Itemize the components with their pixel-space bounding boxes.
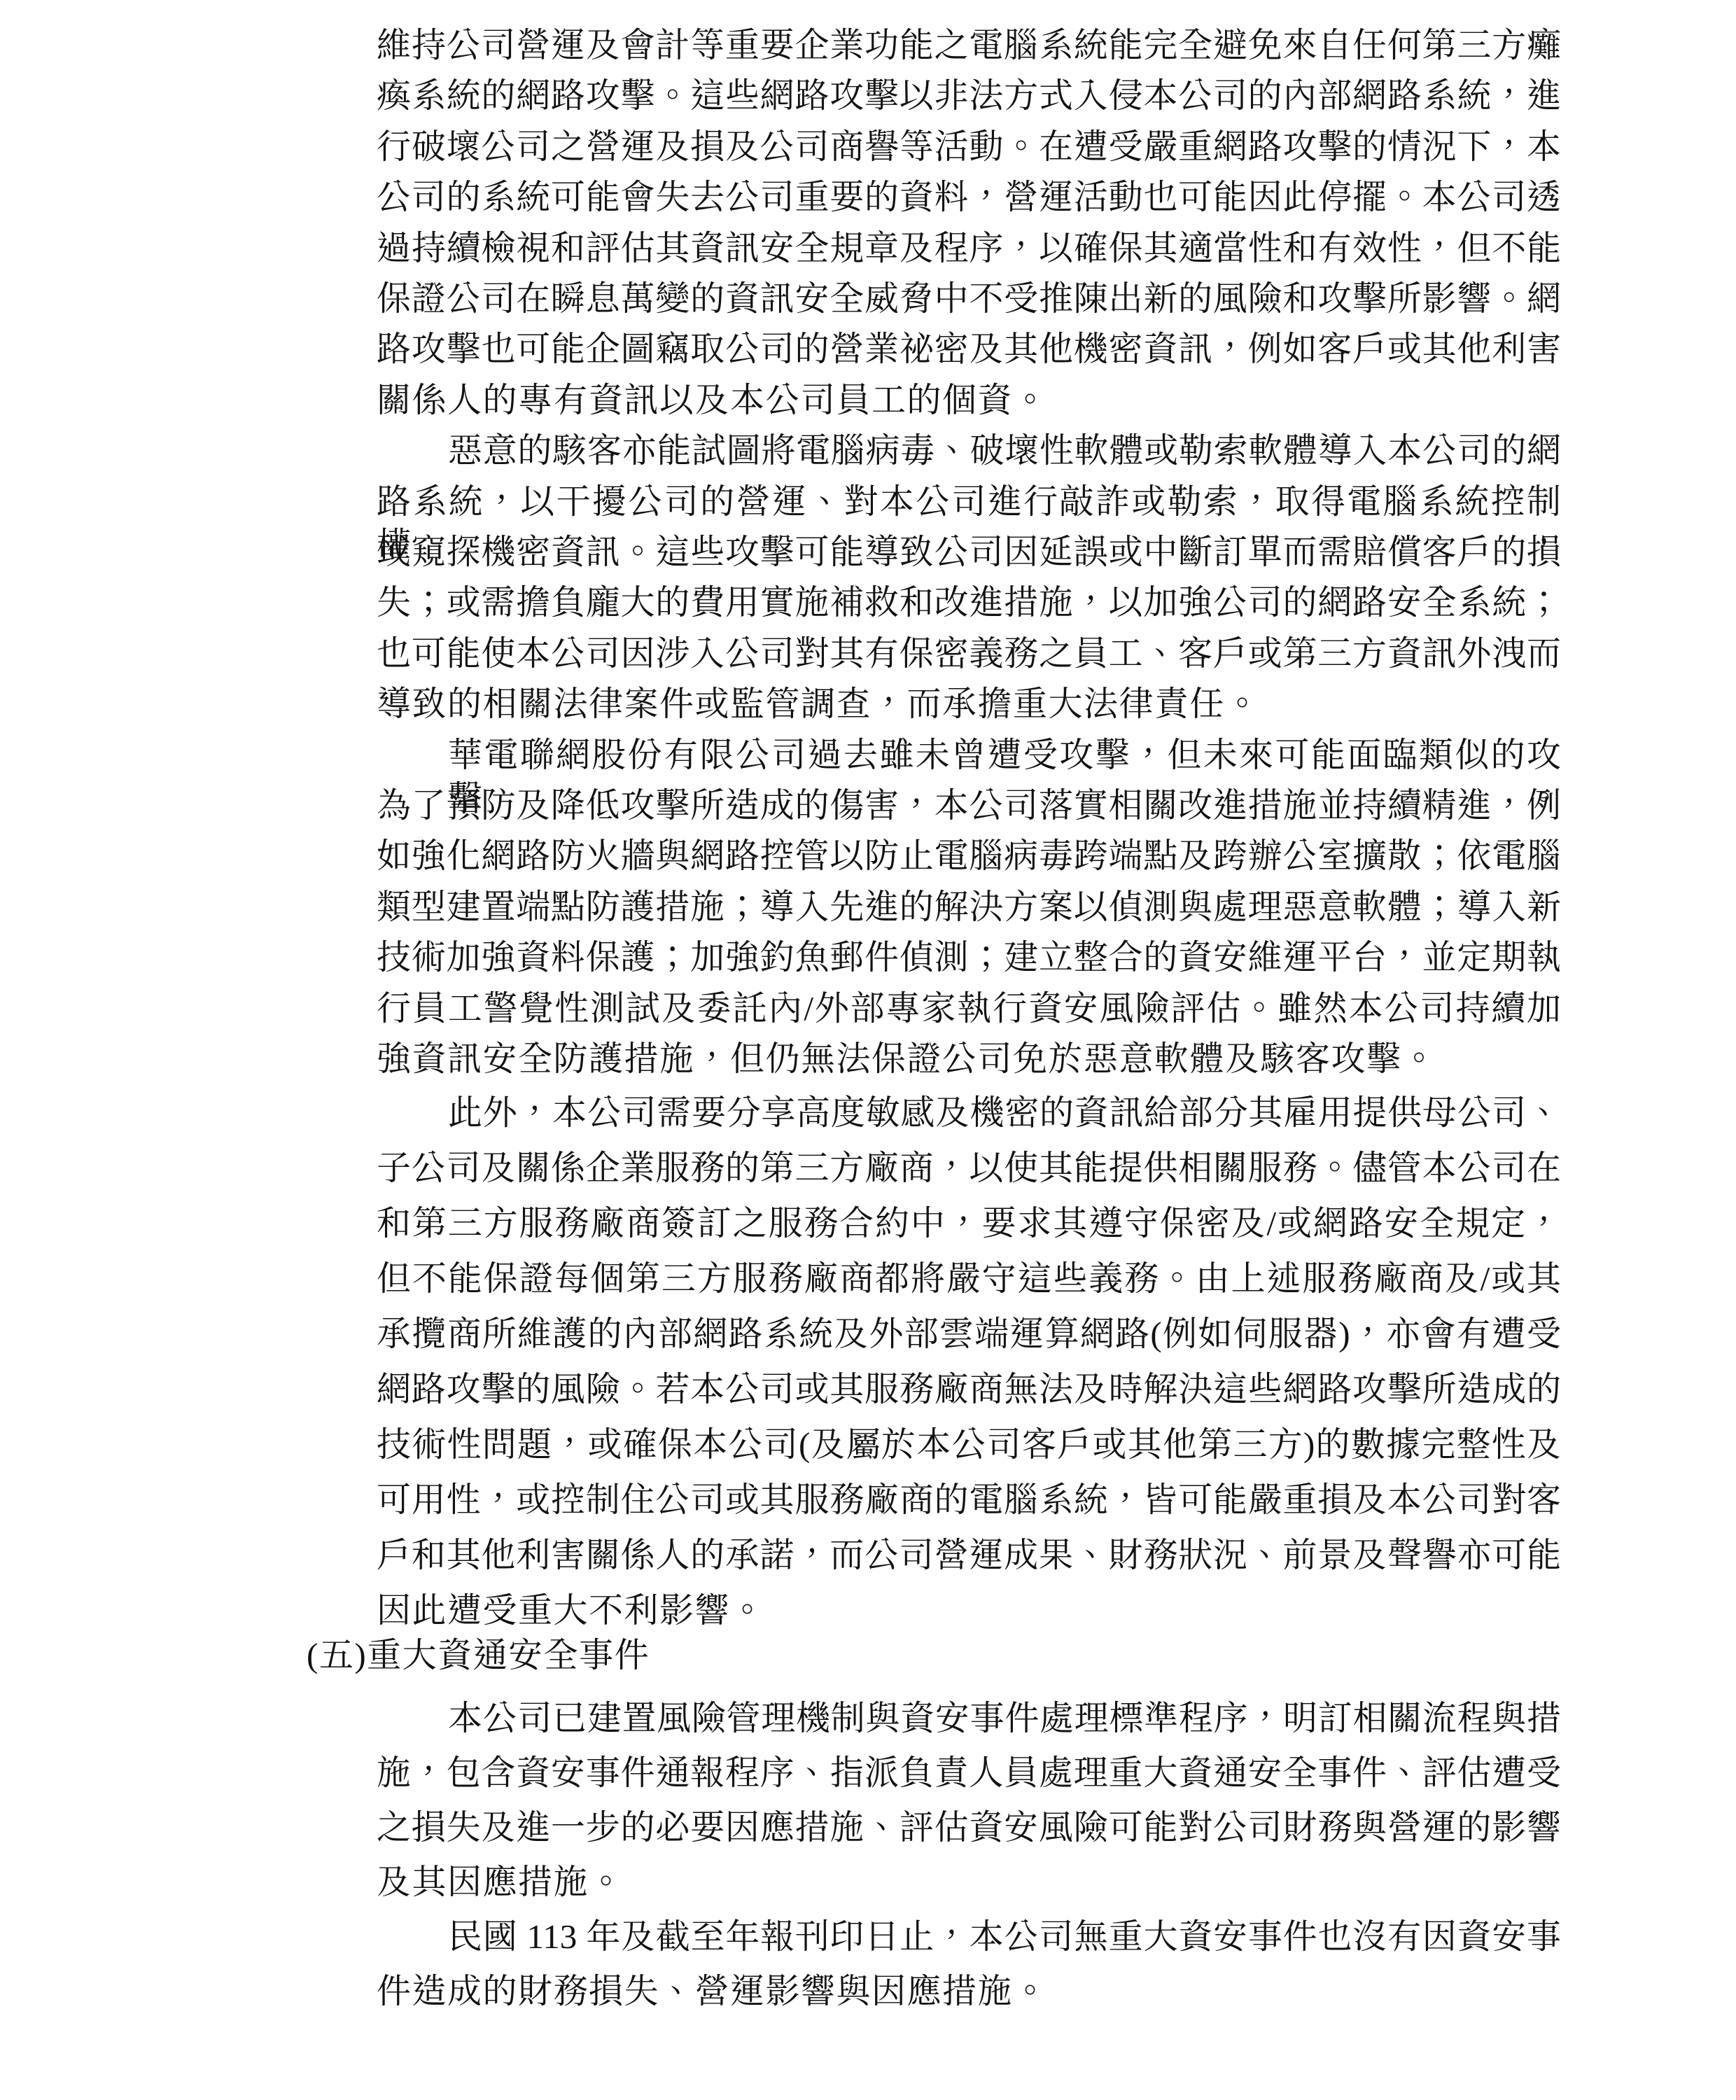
- text-line-23: 子公司及關係企業服務的第三方廠商，以使其能提供相關服務。儘管本公司在: [377, 1147, 1561, 1190]
- text-line-15: 華電聯網股份有限公司過去雖未曾遭受攻擊，但未來可能面臨類似的攻擊。: [448, 734, 1561, 777]
- text-line-33: 本公司已建置風險管理機制與資安事件處理標準程序，明訂相關流程與措: [448, 1697, 1561, 1740]
- text-line-24: 和第三方服務廠商簽訂之服務合約中，要求其遵守保密及/或網路安全規定，: [377, 1202, 1561, 1245]
- text-line-11: 或窺探機密資訊。這些攻擊可能導致公司因延誤或中斷訂單而需賠償客戶的損: [377, 531, 1561, 574]
- text-line-27: 網路攻擊的風險。若本公司或其服務廠商無法及時解決這些網路攻擊所造成的: [377, 1368, 1561, 1411]
- text-line-34: 施，包含資安事件通報程序、指派負責人員處理重大資通安全事件、評估遭受: [377, 1751, 1561, 1795]
- text-line-3: 行破壞公司之營運及損及公司商譽等活動。在遭受嚴重網路攻擊的情況下，本: [377, 125, 1561, 169]
- text-line-13: 也可能使本公司因涉入公司對其有保密義務之員工、客戶或第三方資訊外洩而: [377, 632, 1561, 675]
- text-line-35: 之損失及進一步的必要因應措施、評估資安風險可能對公司財務與營運的影響: [377, 1806, 1561, 1849]
- text-line-2: 瘓系統的網路攻擊。這些網路攻擊以非法方式入侵本公司的內部網路系統，進: [377, 74, 1561, 118]
- text-line-37: 民國 113 年及截至年報刊印日止，本公司無重大資安事件也沒有因資安事: [448, 1915, 1561, 1959]
- text-line-30: 戶和其他利害關係人的承諾，而公司營運成果、財務狀況、前景及聲譽亦可能: [377, 1534, 1561, 1577]
- text-line-18: 類型建置端點防護措施；導入先進的解決方案以偵測與處理惡意軟體；導入新: [377, 885, 1561, 929]
- text-line-14: 導致的相關法律案件或監管調查，而承擔重大法律責任。: [377, 682, 1261, 726]
- text-line-5: 過持續檢視和評估其資訊安全規章及程序，以確保其適當性和有效性，但不能: [377, 227, 1561, 270]
- text-line-25: 但不能保證每個第三方服務廠商都將嚴守這些義務。由上述服務廠商及/或其: [377, 1257, 1561, 1301]
- text-line-12: 失；或需擔負龐大的費用實施補救和改進措施，以加強公司的網路安全系統；: [377, 581, 1561, 624]
- text-line-4: 公司的系統可能會失去公司重要的資料，營運活動也可能因此停擺。本公司透: [377, 176, 1561, 219]
- text-line-32: (五)重大資通安全事件: [307, 1634, 650, 1677]
- text-line-16: 為了預防及降低攻擊所造成的傷害，本公司落實相關改進措施並持續精進，例: [377, 784, 1561, 827]
- text-line-7: 路攻擊也可能企圖竊取公司的營業祕密及其他機密資訊，例如客戶或其他利害: [377, 328, 1561, 371]
- document-page: 維持公司營運及會計等重要企業功能之電腦系統能完全避免來自任何第三方癱瘓系統的網路…: [0, 0, 1736, 2100]
- text-line-9: 惡意的駭客亦能試圖將電腦病毒、破壞性軟體或勒索軟體導入本公司的網: [448, 429, 1561, 472]
- text-line-36: 及其因應措施。: [377, 1861, 624, 1904]
- text-line-31: 因此遭受重大不利影響。: [377, 1589, 766, 1632]
- text-line-8: 關係人的專有資訊以及本公司員工的個資。: [377, 379, 1049, 422]
- text-line-38: 件造成的財務損失、營運影響與因應措施。: [377, 1970, 1049, 2013]
- text-line-20: 行員工警覺性測試及委託內/外部專家執行資安風險評估。雖然本公司持續加: [377, 987, 1561, 1030]
- text-line-6: 保證公司在瞬息萬變的資訊安全威脅中不受推陳出新的風險和攻擊所影響。網: [377, 277, 1561, 321]
- text-line-26: 承攬商所維護的內部網路系統及外部雲端運算網路(例如伺服器)，亦會有遭受: [377, 1312, 1561, 1356]
- text-line-22: 此外，本公司需要分享高度敏感及機密的資訊給部分其雇用提供母公司、: [448, 1091, 1561, 1135]
- text-line-17: 如強化網路防火牆與網路控管以防止電腦病毒跨端點及跨辦公室擴散；依電腦: [377, 834, 1561, 878]
- text-line-28: 技術性問題，或確保本公司(及屬於本公司客戶或其他第三方)的數據完整性及: [377, 1423, 1561, 1466]
- text-line-19: 技術加強資料保護；加強釣魚郵件偵測；建立整合的資安維運平台，並定期執: [377, 936, 1561, 979]
- text-line-21: 強資訊安全防護措施，但仍無法保證公司免於惡意軟體及駭客攻擊。: [377, 1037, 1437, 1081]
- text-line-29: 可用性，或控制住公司或其服務廠商的電腦系統，皆可能嚴重損及本公司對客: [377, 1478, 1561, 1522]
- text-line-10: 路系統，以干擾公司的營運、對本公司進行敲詐或勒索，取得電腦系統控制權，: [377, 480, 1561, 524]
- text-line-1: 維持公司營運及會計等重要企業功能之電腦系統能完全避免來自任何第三方癱: [377, 24, 1561, 67]
